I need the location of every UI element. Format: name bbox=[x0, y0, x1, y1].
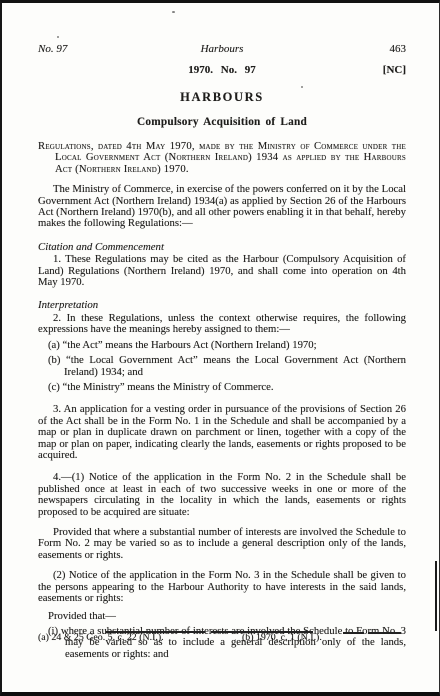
citation-heading: Citation and Commencement bbox=[38, 242, 406, 253]
scan-speck bbox=[57, 36, 59, 38]
definition-item-c: (c) “the Ministry” means the Ministry of… bbox=[48, 382, 406, 393]
masthead-corner-mark: [NC] bbox=[383, 64, 406, 76]
footnote-a: (a) 24 & 25 Geo. 5. c. 22 (N.I.). bbox=[38, 632, 164, 643]
running-head: No. 97 Harbours 463 bbox=[38, 43, 406, 57]
footnote-b: (b) 1970, c. 1 (N.I.). bbox=[242, 632, 322, 643]
definition-item-b: (b) “the Local Government Act” means the… bbox=[48, 355, 406, 378]
document-subtitle: Compulsory Acquisition of Land bbox=[38, 116, 406, 128]
regulation-4-provided-that: Provided that— bbox=[48, 611, 406, 622]
masthead-line: 1970. No. 97 [NC] bbox=[38, 64, 406, 78]
running-head-subject: Harbours bbox=[38, 43, 406, 55]
regulation-2-intro: 2. In these Regulations, unless the cont… bbox=[38, 313, 406, 336]
masthead-year-number: 1970. No. 97 bbox=[38, 64, 406, 76]
running-head-page-number: 463 bbox=[390, 43, 407, 55]
headnote: Regulations, dated 4th May 1970, made by… bbox=[38, 141, 406, 175]
definition-item-a: (a) “the Act” means the Harbours Act (No… bbox=[48, 340, 406, 351]
scan-speck bbox=[172, 11, 175, 13]
scan-speck bbox=[301, 86, 303, 88]
document-title: HARBOURS bbox=[38, 90, 406, 105]
regulation-4-proviso-1: Provided that where a substantial number… bbox=[38, 527, 406, 561]
preamble-paragraph: The Ministry of Commerce, in exercise of… bbox=[38, 184, 406, 230]
scanned-document-page: No. 97 Harbours 463 1970. No. 97 [NC] HA… bbox=[0, 0, 440, 696]
running-head-rule-number: No. 97 bbox=[38, 43, 67, 55]
regulation-4-paragraph-1: 4.—(1) Notice of the application in the … bbox=[38, 472, 406, 518]
regulation-4-paragraph-2: (2) Notice of the application in the For… bbox=[38, 570, 406, 604]
scan-artifact-line bbox=[435, 561, 437, 631]
regulation-3-paragraph: 3. An application for a vesting order in… bbox=[38, 404, 406, 461]
regulation-1-paragraph: 1. These Regulations may be cited as the… bbox=[38, 254, 406, 288]
page-content: No. 97 Harbours 463 1970. No. 97 [NC] HA… bbox=[38, 43, 406, 660]
footnotes: (a) 24 & 25 Geo. 5. c. 22 (N.I.). (b) 19… bbox=[38, 632, 406, 643]
scan-speck bbox=[38, 199, 40, 201]
interpretation-heading: Interpretation bbox=[38, 300, 406, 311]
